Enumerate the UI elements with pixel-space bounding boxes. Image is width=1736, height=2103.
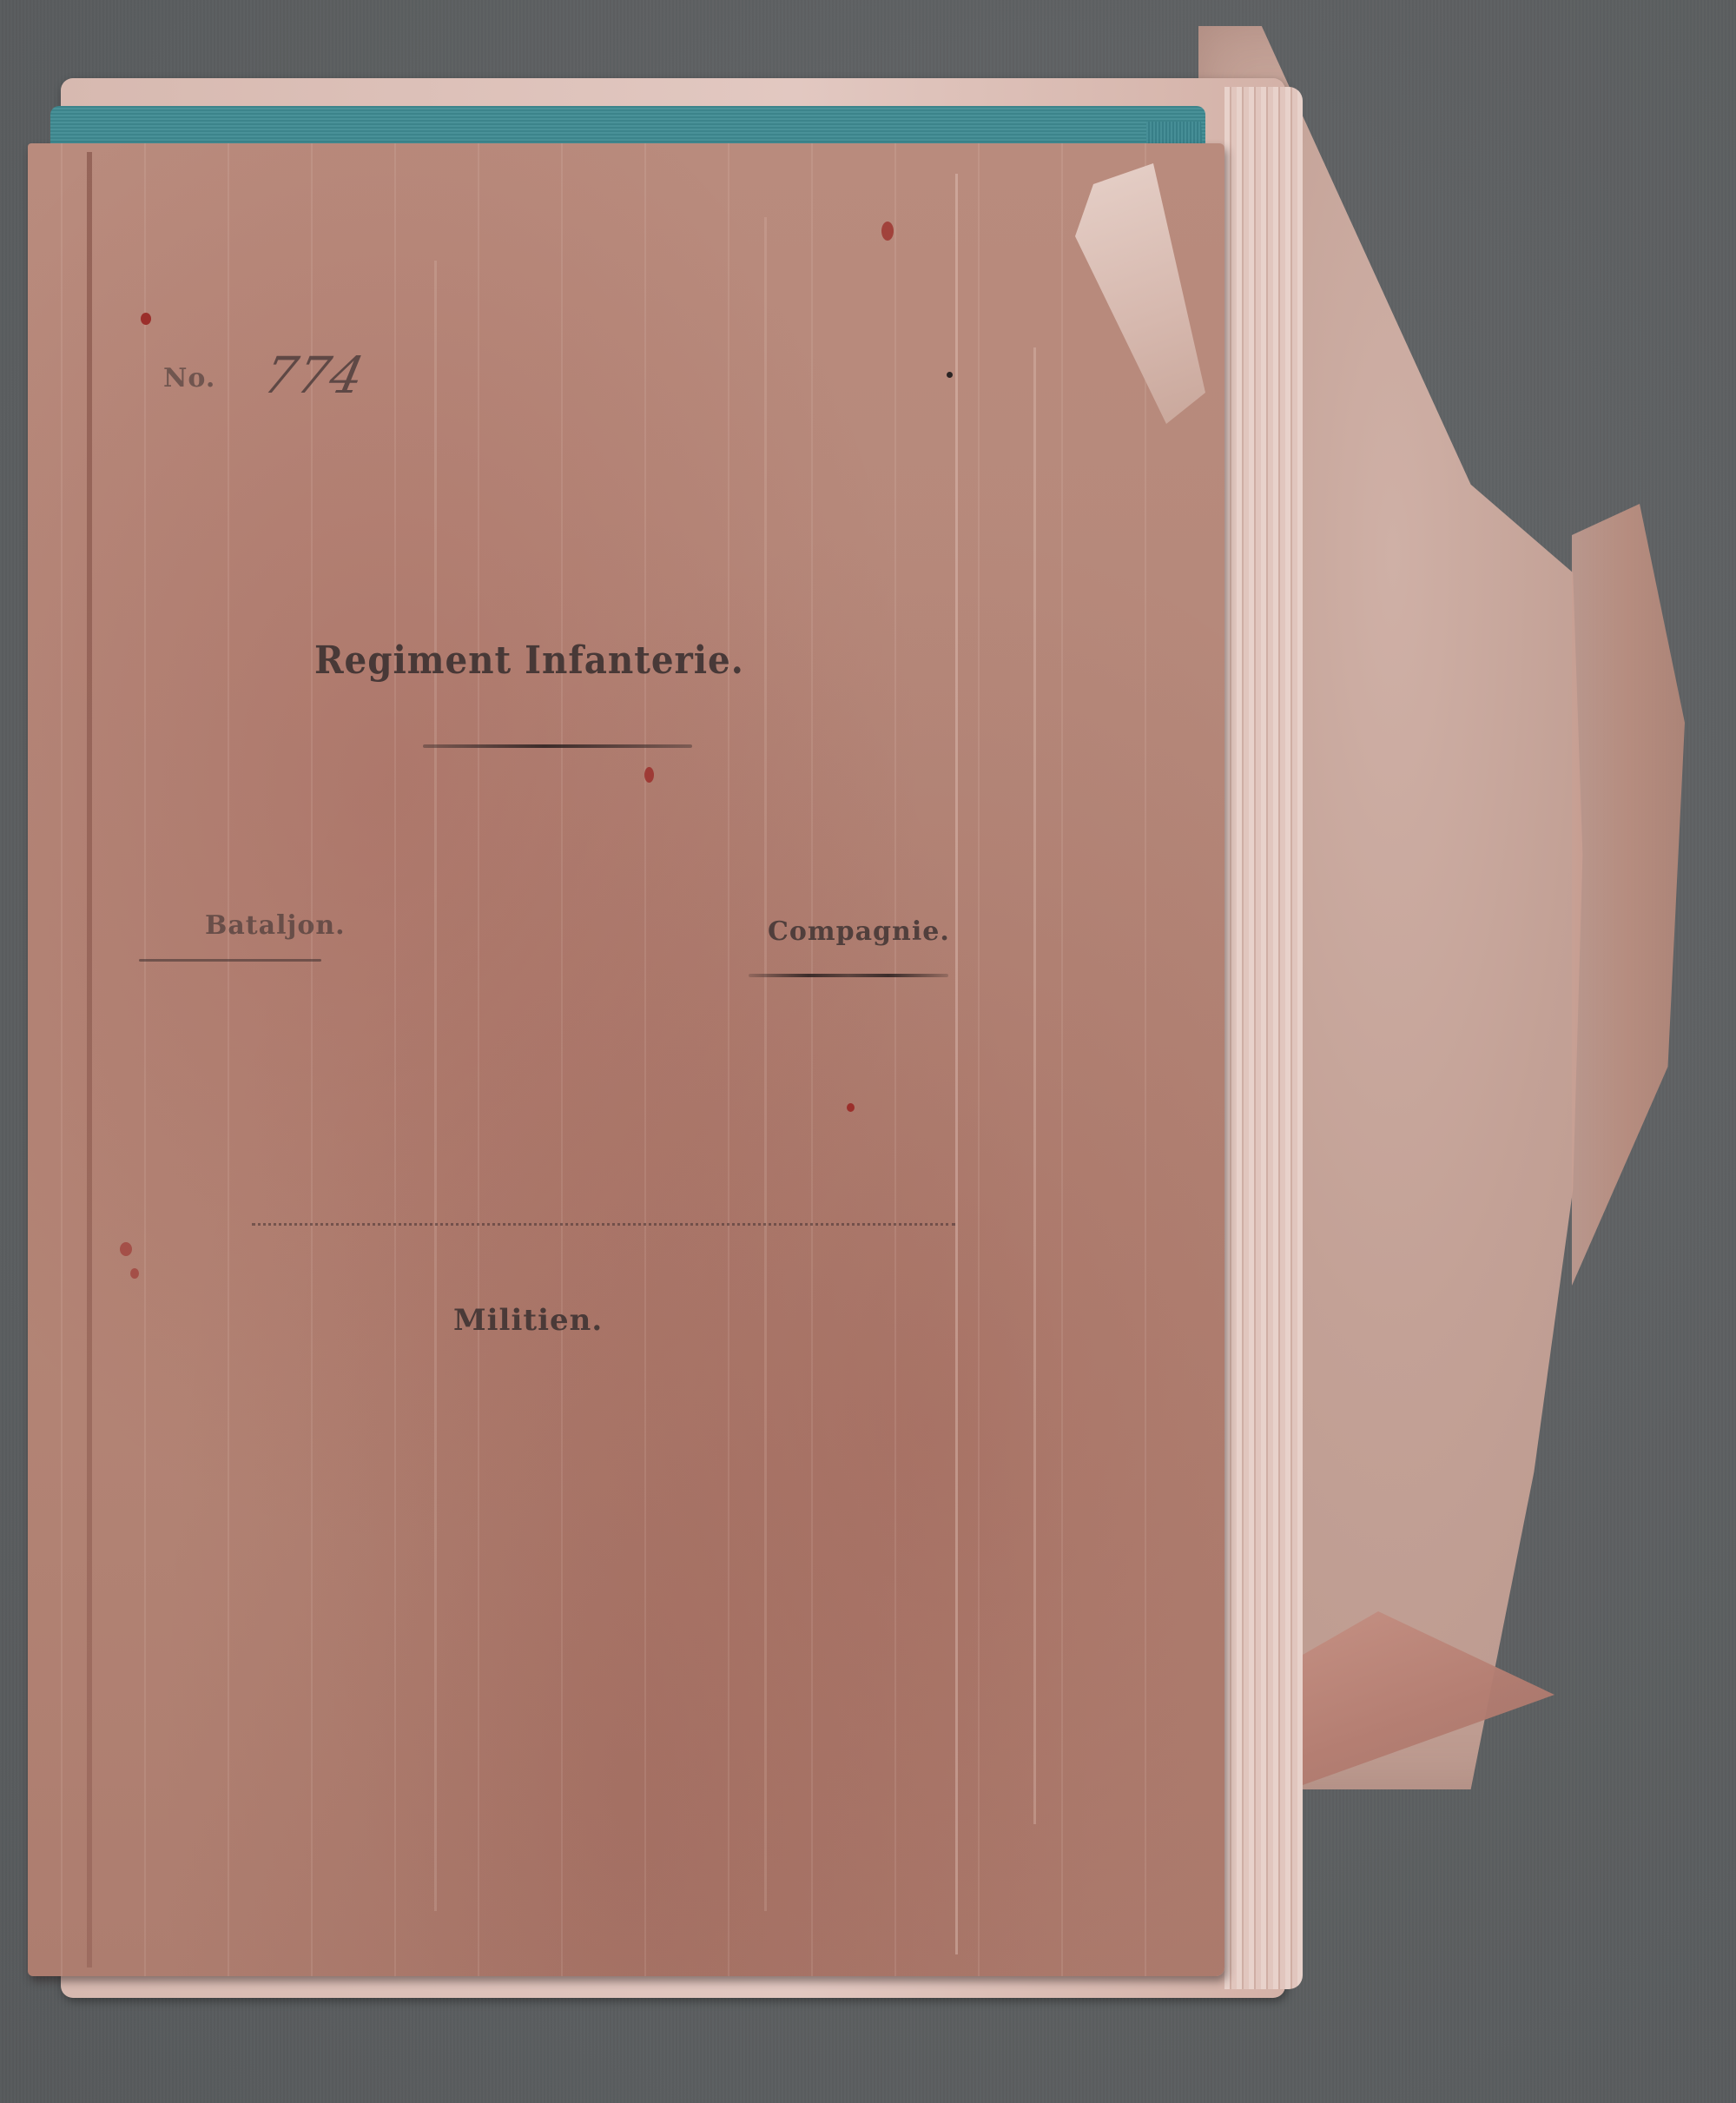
red-stain [847,1103,855,1112]
red-stain [644,767,654,783]
title-divider [423,744,692,748]
red-stain [881,222,894,241]
handwritten-serial-number: 774 [259,346,370,405]
serial-prefix: No. [163,363,215,393]
cover-spine-fold [87,152,92,1967]
name-dotted-line [252,1223,955,1226]
bataljon-label: Bataljon. [205,910,346,941]
cover-crease [764,217,767,1911]
booklet-front-cover [28,143,1224,1976]
red-stain [130,1268,139,1279]
red-stain [120,1242,132,1256]
cover-crease [1033,347,1036,1824]
militien-label: Militien. [453,1303,603,1338]
booklet-page-edges [1224,87,1303,1989]
regiment-title: Regiment Infanterie. [314,638,744,683]
cover-crease [955,174,958,1954]
ink-dot [947,372,953,378]
compagnie-ornament-rule [749,974,948,977]
compagnie-label: Compagnie. [768,916,950,947]
red-stain [141,313,151,325]
bataljon-underline [139,959,321,962]
cover-crease [434,261,437,1911]
